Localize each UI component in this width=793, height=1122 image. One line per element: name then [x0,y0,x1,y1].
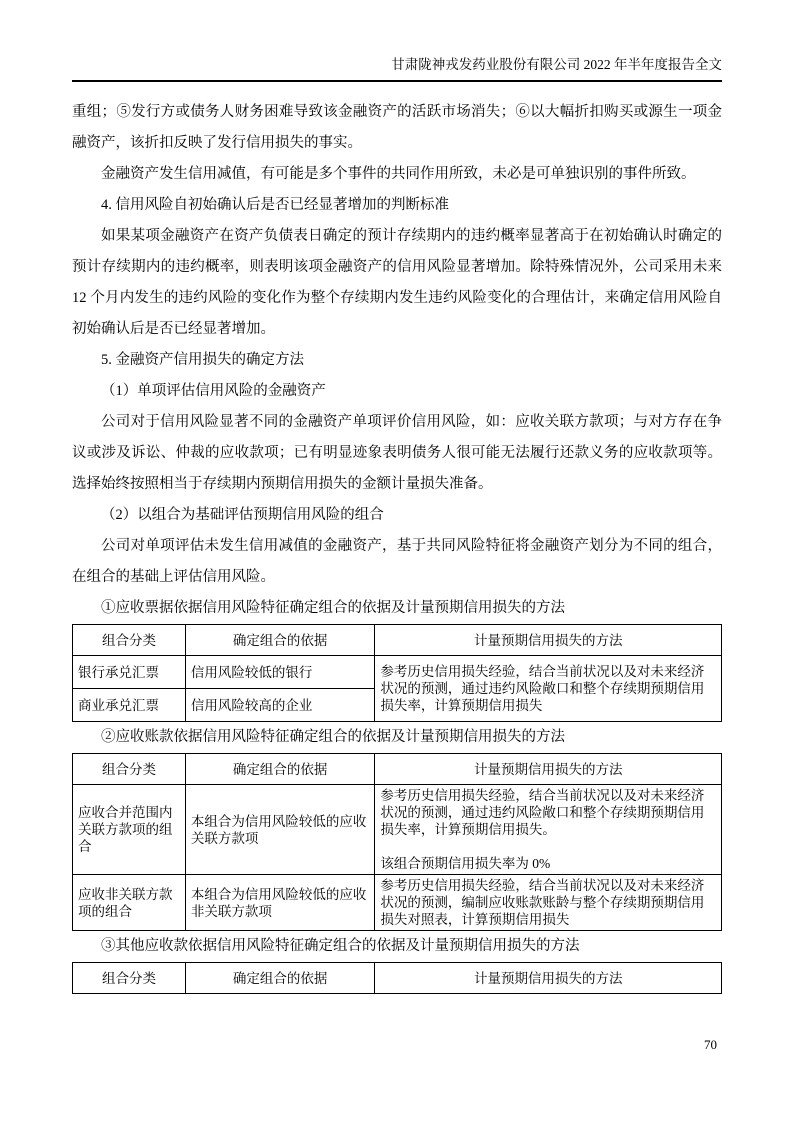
table-row: 应收非关联方款项的组合 本组合为信用风险较低的应收非关联方款项 参考历史信用损失… [73,875,722,931]
heading-item-5-1: （1）单项评估信用风险的金融资产 [72,376,722,407]
page-number: 70 [704,1037,717,1053]
cell-category: 应收合并范围内关联方款项的组合 [73,785,186,875]
header-cell-method: 计量预期信用损失的方法 [375,625,722,656]
header-cell-method: 计量预期信用损失的方法 [375,754,722,785]
header-cell-method: 计量预期信用损失的方法 [375,963,722,994]
cell-basis: 本组合为信用风险较低的应收关联方款项 [185,785,375,875]
table-row: 应收合并范围内关联方款项的组合 本组合为信用风险较低的应收关联方款项 参考历史信… [73,785,722,875]
accounts-receivable-table: 组合分类 确定组合的依据 计量预期信用损失的方法 应收合并范围内关联方款项的组合… [72,753,722,931]
table-header-row: 组合分类 确定组合的依据 计量预期信用损失的方法 [73,625,722,656]
cell-basis: 信用风险较低的银行 [185,656,375,689]
header-cell-basis: 确定组合的依据 [185,625,375,656]
report-header: 甘肃陇神戎发药业股份有限公司 2022 年半年度报告全文 [72,56,722,82]
document-page: 甘肃陇神戎发药业股份有限公司 2022 年半年度报告全文 重组；⑤发行方或债务人… [0,0,793,1122]
table-caption-notes-receivable: ①应收票据依据信用风险特征确定组合的依据及计量预期信用损失的方法 [72,593,722,624]
heading-item-5-2: （2）以组合为基础评估预期信用风险的组合 [72,500,722,531]
cell-category: 商业承兑汇票 [73,689,186,722]
cell-category: 应收非关联方款项的组合 [73,875,186,931]
table-row: 银行承兑汇票 信用风险较低的银行 参考历史信用损失经验，结合当前状况以及对未来经… [73,656,722,689]
cell-method: 参考历史信用损失经验，结合当前状况以及对未来经济状况的预测，通过违约风险敞口和整… [375,785,722,875]
cell-basis: 信用风险较高的企业 [185,689,375,722]
heading-item-4: 4. 信用风险自初始确认后是否已经显著增加的判断标准 [72,190,722,221]
header-cell-category: 组合分类 [73,754,186,785]
cell-method: 参考历史信用损失经验，结合当前状况以及对未来经济状况的预测，编制应收账款账龄与整… [375,875,722,931]
cell-method-merged: 参考历史信用损失经验，结合当前状况以及对未来经济状况的预测，通过违约风险敞口和整… [375,656,722,722]
paragraph-portfolio-assessment: 公司对单项评估未发生信用减值的金融资产，基于共同风险特征将金融资产划分为不同的组… [72,531,722,593]
paragraph-combined-events: 金融资产发生信用减值，有可能是多个事件的共同作用所致，未必是可单独识别的事件所致… [72,159,722,190]
header-cell-basis: 确定组合的依据 [185,754,375,785]
header-cell-category: 组合分类 [73,625,186,656]
table-caption-accounts-receivable: ②应收账款依据信用风险特征确定组合的依据及计量预期信用损失的方法 [72,722,722,753]
table-header-row: 组合分类 确定组合的依据 计量预期信用损失的方法 [73,754,722,785]
cell-basis: 本组合为信用风险较低的应收非关联方款项 [185,875,375,931]
document-body: 重组；⑤发行方或债务人财务困难导致该金融资产的活跃市场消失；⑥以大幅折扣购买或源… [72,97,722,994]
notes-receivable-table: 组合分类 确定组合的依据 计量预期信用损失的方法 银行承兑汇票 信用风险较低的银… [72,624,722,722]
other-receivables-table: 组合分类 确定组合的依据 计量预期信用损失的方法 [72,962,722,994]
paragraph-impairment-events: 重组；⑤发行方或债务人财务困难导致该金融资产的活跃市场消失；⑥以大幅折扣购买或源… [72,97,722,159]
report-header-title: 甘肃陇神戎发药业股份有限公司 2022 年半年度报告全文 [391,57,722,72]
cell-category: 银行承兑汇票 [73,656,186,689]
header-cell-basis: 确定组合的依据 [185,963,375,994]
header-cell-category: 组合分类 [73,963,186,994]
table-caption-other-receivables: ③其他应收款依据信用风险特征确定组合的依据及计量预期信用损失的方法 [72,931,722,962]
paragraph-default-probability: 如果某项金融资产在资产负债表日确定的预计存续期内的违约概率显著高于在初始确认时确… [72,221,722,345]
paragraph-individual-assessment: 公司对于信用风险显著不同的金融资产单项评价信用风险，如：应收关联方款项；与对方存… [72,407,722,500]
table-header-row: 组合分类 确定组合的依据 计量预期信用损失的方法 [73,963,722,994]
heading-item-5: 5. 金融资产信用损失的确定方法 [72,345,722,376]
